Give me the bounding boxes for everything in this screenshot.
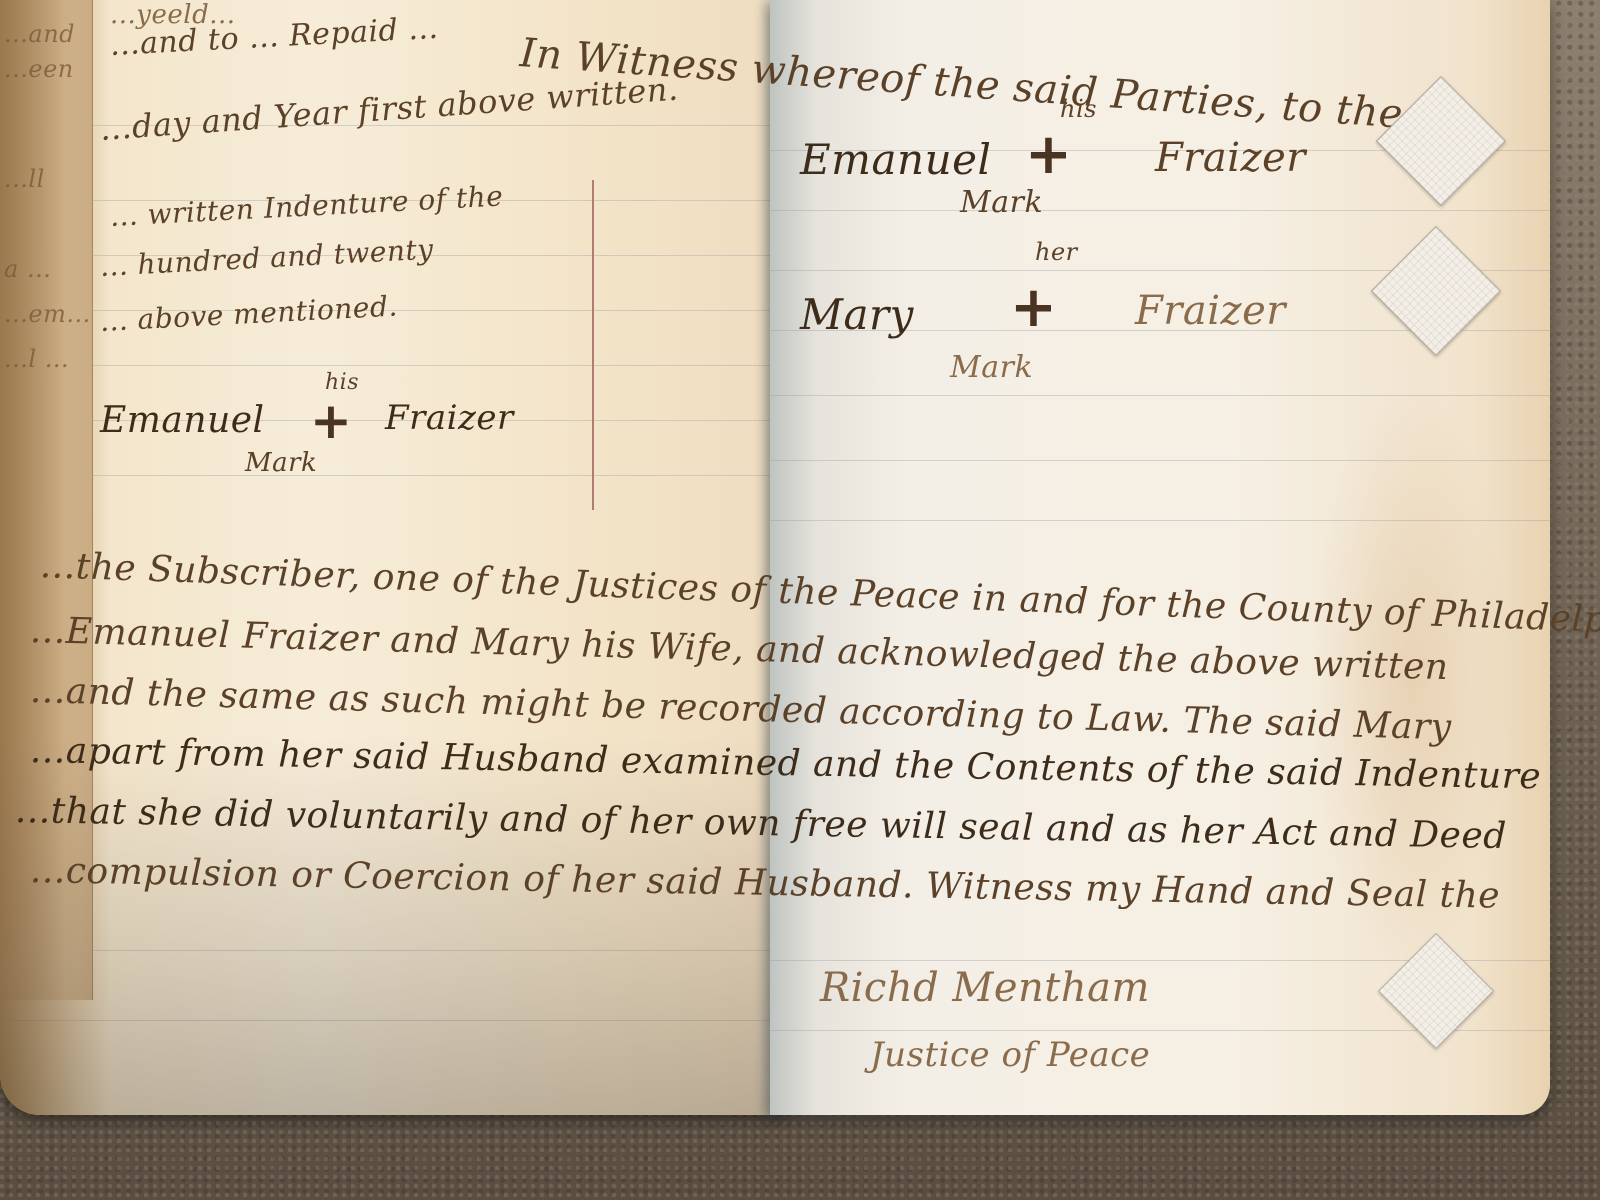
cross-mark-icon: + [1025,122,1072,187]
witness-line: ... hundred and twenty [99,233,434,283]
justice-title: Justice of Peace [870,1035,1150,1075]
signer-last-name: Fraizer [1135,288,1286,334]
mark-label: Mark [245,448,317,478]
witness-line: ... above mentioned. [99,289,398,338]
signer-first-name: Emanuel [100,400,265,441]
mark-label: Mark [960,185,1043,220]
date-clause: ...day and Year first above written. [99,70,680,148]
signer-first-name: Mary [800,290,914,339]
signer-first-name: Emanuel [800,135,991,184]
margin-rule [592,180,594,510]
justice-name: Richd Mentham [820,965,1150,1011]
mark-label-her: her [1035,238,1078,266]
mark-label: Mark [950,350,1033,385]
cross-mark-icon: + [1010,275,1057,340]
cross-mark-icon: + [310,392,352,450]
signer-last-name: Fraizer [385,398,514,438]
signer-last-name: Fraizer [1155,135,1306,181]
witness-line: ... written Indenture of the [109,179,504,233]
